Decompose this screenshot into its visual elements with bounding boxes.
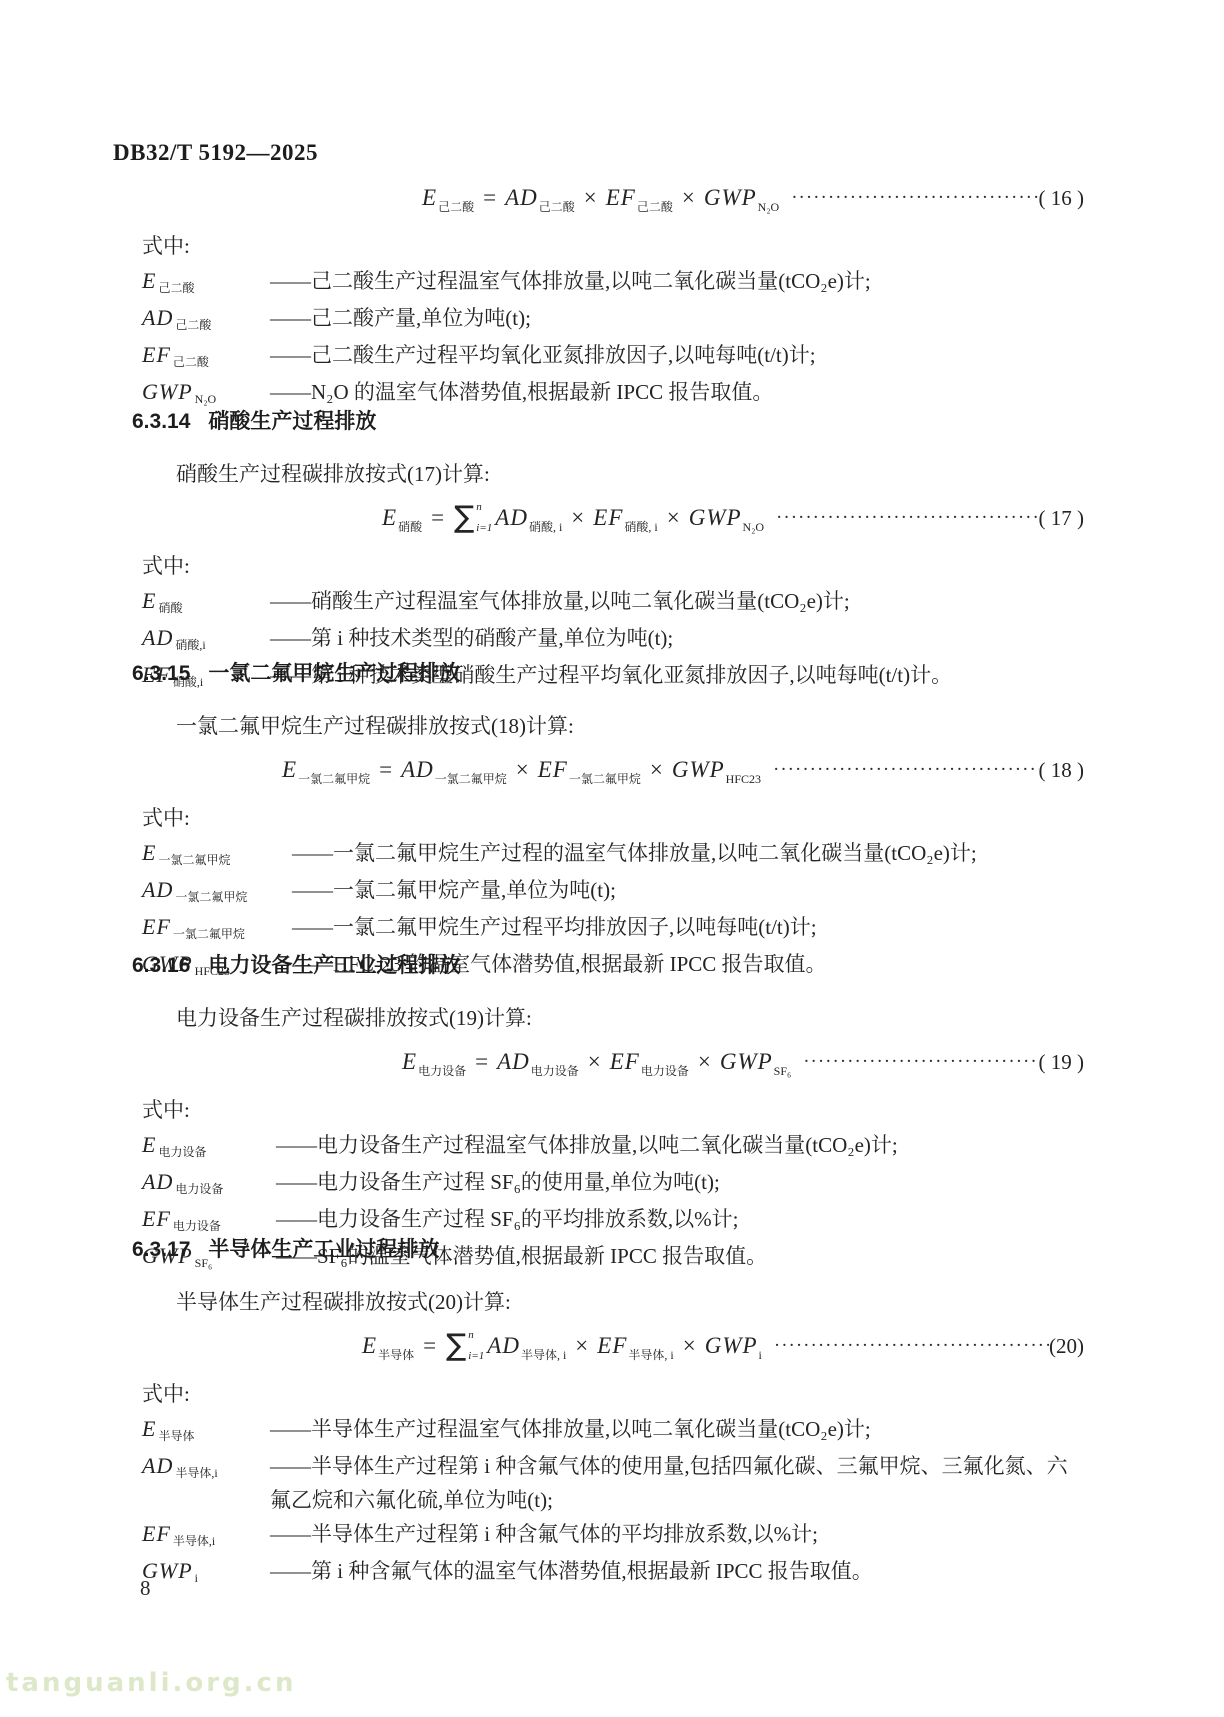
multiply-sign: × [516, 757, 529, 783]
where-label: 式中: [142, 1094, 1084, 1126]
where-label: 式中: [142, 230, 1084, 262]
term-row: AD硝酸,i ——第 i 种技术类型的硝酸产量,单位为吨(t); [142, 621, 1084, 658]
term-dash: —— [270, 380, 310, 404]
formula-var-sub: 电力设备 [641, 1062, 689, 1079]
summation: ∑ni=1 [446, 1330, 484, 1362]
term-description: ——己二酸生产过程温室气体排放量,以吨二氧化碳当量(tCO₂e)计; [270, 264, 1084, 301]
multiply-sign: × [650, 757, 663, 783]
multiply-sign: × [682, 185, 695, 211]
section-title: 硝酸生产过程排放 [208, 408, 376, 436]
formula-body: E半导体 = ∑ni=1 AD半导体, i × EF半导体, i × GWPi [362, 1330, 762, 1362]
term-dash: —— [270, 306, 310, 330]
sum-symbol: ∑ [446, 1331, 466, 1361]
term-text: 电力设备生产过程 SF₆的平均排放系数,以%计; [317, 1207, 739, 1231]
term-text: 半导体生产过程温室气体排放量,以吨二氧化碳当量(tCO₂e)计; [311, 1417, 871, 1441]
term-var-sub: N₂O [195, 392, 217, 406]
term-text: 半导体生产过程第 i 种含氟气体的使用量,包括四氟化碳、三氟甲烷、三氟化氮、六氟… [270, 1454, 1068, 1512]
term-description: ——一氯二氟甲烷生产过程的温室气体排放量,以吨二氧化碳当量(tCO₂e)计; [292, 836, 1084, 873]
term-var-sub: 一氯二氟甲烷 [158, 853, 230, 867]
section-number: 6.3.15 [132, 660, 190, 688]
term-var-base: AD [142, 877, 173, 902]
section-heading: 6.3.16 电力设备生产工业过程排放 [132, 952, 1084, 980]
term-dash: —— [276, 1207, 316, 1231]
multiply-sign: × [584, 185, 597, 211]
dot-leader: ········································… [764, 507, 1038, 529]
formula-term: GWPN₂O [704, 185, 779, 211]
term-description: ——电力设备生产过程 SF₆的平均排放系数,以%计; [276, 1202, 1084, 1239]
formula-term: EF一氯二氟甲烷 [538, 757, 641, 783]
formula-var-sub: 一氯二氟甲烷 [298, 770, 370, 787]
sum-limits: ni=1 [476, 502, 492, 534]
formula-var-base: GWP [705, 1333, 758, 1359]
section-6-3-16: 6.3.16 电力设备生产工业过程排放 电力设备生产过程碳排放按式(19)计算:… [132, 952, 1084, 1276]
term-row: E一氯二氟甲烷 ——一氯二氟甲烷生产过程的温室气体排放量,以吨二氧化碳当量(tC… [142, 836, 1084, 873]
formula-term: AD电力设备 [497, 1049, 579, 1075]
section-block-eq16: E己二酸 = AD己二酸 × EF己二酸 × GWPN₂O ··········… [132, 172, 1084, 412]
term-symbol: AD一氯二氟甲烷 [142, 873, 292, 910]
term-symbol: E硝酸 [142, 584, 270, 621]
term-text: 己二酸生产过程温室气体排放量,以吨二氧化碳当量(tCO₂e)计; [311, 269, 871, 293]
formula-var-base: AD [401, 757, 434, 783]
formula-lhs: E硝酸 [382, 505, 422, 531]
term-description: ——电力设备生产过程温室气体排放量,以吨二氧化碳当量(tCO₂e)计; [276, 1128, 1084, 1165]
term-var-sub: 电力设备 [173, 1219, 221, 1233]
equals-sign: = [423, 1333, 436, 1359]
term-var-sub: 硝酸 [158, 601, 182, 615]
term-text: 己二酸产量,单位为吨(t); [311, 306, 531, 330]
term-var-sub: 一氯二氟甲烷 [175, 890, 247, 904]
formula-var-base: AD [505, 185, 538, 211]
formula-var-base: AD [487, 1333, 520, 1359]
term-description: ——一氯二氟甲烷生产过程平均排放因子,以吨每吨(t/t)计; [292, 910, 1084, 947]
formula-20: E半导体 = ∑ni=1 AD半导体, i × EF半导体, i × GWPi … [132, 1320, 1084, 1372]
term-description: ——第 i 种含氟气体的温室气体潜势值,根据最新 IPCC 报告取值。 [270, 1554, 1084, 1591]
term-var-base: AD [142, 1169, 173, 1194]
formula-var-base: AD [495, 505, 528, 531]
term-var-base: E [142, 840, 156, 865]
equals-sign: = [483, 185, 496, 211]
multiply-sign: × [571, 505, 584, 531]
multiply-sign: × [667, 505, 680, 531]
section-title: 半导体生产工业过程排放 [208, 1236, 439, 1264]
formula-lhs: E一氯二氟甲烷 [282, 757, 370, 783]
formula-term: AD半导体, i [487, 1333, 566, 1359]
formula-var-sub: 己二酸 [539, 198, 575, 215]
term-row: AD一氯二氟甲烷 ——一氯二氟甲烷产量,单位为吨(t); [142, 873, 1084, 910]
formula-16: E己二酸 = AD己二酸 × EF己二酸 × GWPN₂O ··········… [132, 172, 1084, 224]
formula-term: AD一氯二氟甲烷 [401, 757, 507, 783]
formula-intro: 半导体生产过程碳排放按式(20)计算: [176, 1288, 1084, 1316]
section-heading: 6.3.15 一氯二氟甲烷生产过程排放 [132, 660, 1084, 688]
term-var-base: AD [142, 1453, 173, 1478]
formula-var-base: E [362, 1333, 377, 1359]
formula-var-sub: 半导体, i [628, 1346, 673, 1363]
equation-number: ( 18 ) [1039, 758, 1085, 783]
term-var-base: E [142, 268, 156, 293]
term-dash: —— [270, 343, 310, 367]
formula-lhs: E电力设备 [402, 1049, 466, 1075]
formula-var-sub: 硝酸, i [624, 518, 657, 535]
term-symbol: EF电力设备 [142, 1202, 276, 1239]
term-text: 电力设备生产过程温室气体排放量,以吨二氧化碳当量(tCO₂e)计; [317, 1133, 898, 1157]
formula-term: EF半导体, i [597, 1333, 673, 1359]
term-symbol: E电力设备 [142, 1128, 276, 1165]
section-6-3-15: 6.3.15 一氯二氟甲烷生产过程排放 一氯二氟甲烷生产过程碳排放按式(18)计… [132, 660, 1084, 984]
term-dash: —— [270, 1417, 310, 1441]
term-var-sub: 半导体,i [175, 1466, 217, 1480]
term-symbol: GWPN₂O [142, 375, 270, 412]
term-var-sub: 己二酸 [173, 355, 209, 369]
formula-var-sub: 硝酸, i [529, 518, 562, 535]
section-number: 6.3.16 [132, 952, 190, 980]
term-description: ——己二酸产量,单位为吨(t); [270, 301, 1084, 338]
term-var-sub: 半导体,i [173, 1534, 215, 1548]
section-title: 一氯二氟甲烷生产过程排放 [208, 660, 460, 688]
term-var-sub: 电力设备 [175, 1182, 223, 1196]
term-var-base: AD [142, 305, 173, 330]
sum-upper-limit: n [476, 502, 492, 513]
watermark: tanguanli.org.cn [6, 1668, 296, 1698]
formula-term: EF己二酸 [606, 185, 673, 211]
term-description: ——己二酸生产过程平均氧化亚氮排放因子,以吨每吨(t/t)计; [270, 338, 1084, 375]
term-symbol: E半导体 [142, 1412, 270, 1449]
term-var-sub: i [195, 1571, 198, 1585]
formula-body: E硝酸 = ∑ni=1 AD硝酸, i × EF硝酸, i × GWPN₂O [382, 502, 764, 534]
term-text: 硝酸生产过程温室气体排放量,以吨二氧化碳当量(tCO₂e)计; [311, 589, 850, 613]
term-symbol: EF己二酸 [142, 338, 270, 375]
term-text: 第 i 种技术类型的硝酸产量,单位为吨(t); [311, 626, 673, 650]
term-text: 电力设备生产过程 SF₆的使用量,单位为吨(t); [317, 1170, 720, 1194]
formula-var-base: AD [497, 1049, 530, 1075]
sum-lower-limit: i=1 [468, 1351, 484, 1362]
formula-var-base: GWP [672, 757, 725, 783]
formula-lhs: E己二酸 [422, 185, 474, 211]
term-var-sub: 硝酸,i [175, 638, 205, 652]
term-var-sub: 一氯二氟甲烷 [173, 927, 245, 941]
dot-leader: ········································… [791, 1051, 1038, 1073]
formula-var-sub: 己二酸 [637, 198, 673, 215]
term-description: ——半导体生产过程第 i 种含氟气体的平均排放系数,以%计; [270, 1517, 1084, 1554]
equals-sign: = [379, 757, 392, 783]
standard-number-header: DB32/T 5192—2025 [113, 140, 318, 166]
term-symbol: GWPi [142, 1554, 270, 1591]
term-var-base: EF [142, 914, 171, 939]
where-label: 式中: [142, 550, 1084, 582]
term-dash: —— [276, 1170, 316, 1194]
formula-var-base: EF [610, 1049, 640, 1075]
sum-limits: ni=1 [468, 1330, 484, 1362]
formula-body: E电力设备 = AD电力设备 × EF电力设备 × GWPSF₆ [402, 1049, 791, 1075]
term-description: ——N₂O 的温室气体潜势值,根据最新 IPCC 报告取值。 [270, 375, 1084, 412]
term-description: ——半导体生产过程第 i 种含氟气体的使用量,包括四氟化碳、三氟甲烷、三氟化氮、… [270, 1449, 1084, 1517]
formula-var-sub: SF₆ [774, 1064, 792, 1079]
formula-19: E电力设备 = AD电力设备 × EF电力设备 × GWPSF₆ ·······… [132, 1036, 1084, 1088]
formula-var-sub: 电力设备 [418, 1062, 466, 1079]
term-dash: —— [270, 1522, 310, 1546]
term-dash: —— [270, 589, 310, 613]
formula-term: GWPHFC23 [672, 757, 761, 783]
formula-18: E一氯二氟甲烷 = AD一氯二氟甲烷 × EF一氯二氟甲烷 × GWPHFC23… [132, 744, 1084, 796]
term-row: AD半导体,i ——半导体生产过程第 i 种含氟气体的使用量,包括四氟化碳、三氟… [142, 1449, 1084, 1517]
formula-term: GWPSF₆ [720, 1049, 791, 1075]
term-var-base: EF [142, 1206, 171, 1231]
term-var-sub: 电力设备 [158, 1145, 206, 1159]
dot-leader: ········································… [779, 187, 1038, 209]
term-row: GWPi ——第 i 种含氟气体的温室气体潜势值,根据最新 IPCC 报告取值。 [142, 1554, 1084, 1591]
term-dash: —— [292, 841, 332, 865]
formula-var-sub: 半导体, i [521, 1346, 566, 1363]
term-symbol: AD半导体,i [142, 1449, 270, 1517]
formula-var-sub: 半导体 [378, 1346, 414, 1363]
formula-var-base: GWP [689, 505, 742, 531]
formula-lhs: E半导体 [362, 1333, 414, 1359]
formula-17: E硝酸 = ∑ni=1 AD硝酸, i × EF硝酸, i × GWPN₂O ·… [132, 492, 1084, 544]
formula-term: EF硝酸, i [593, 505, 657, 531]
dot-leader: ········································… [762, 1335, 1049, 1357]
formula-body: E己二酸 = AD己二酸 × EF己二酸 × GWPN₂O [422, 185, 779, 211]
term-symbol: E己二酸 [142, 264, 270, 301]
formula-intro: 电力设备生产过程碳排放按式(19)计算: [176, 1004, 1084, 1032]
sum-lower-limit: i=1 [476, 523, 492, 534]
multiply-sign: × [575, 1333, 588, 1359]
term-text: 己二酸生产过程平均氧化亚氮排放因子,以吨每吨(t/t)计; [311, 343, 816, 367]
formula-intro: 一氯二氟甲烷生产过程碳排放按式(18)计算: [176, 712, 1084, 740]
term-var-sub: 己二酸 [175, 318, 211, 332]
formula-var-base: GWP [704, 185, 757, 211]
formula-var-sub: i [759, 1348, 762, 1363]
term-text: N₂O 的温室气体潜势值,根据最新 IPCC 报告取值。 [311, 380, 773, 404]
term-row: E己二酸 ——己二酸生产过程温室气体排放量,以吨二氧化碳当量(tCO₂e)计; [142, 264, 1084, 301]
term-dash: —— [276, 1133, 316, 1157]
term-text: 一氯二氟甲烷生产过程平均排放因子,以吨每吨(t/t)计; [333, 915, 817, 939]
multiply-sign: × [588, 1049, 601, 1075]
term-symbol: AD己二酸 [142, 301, 270, 338]
where-label: 式中: [142, 802, 1084, 834]
equation-number: ( 16 ) [1039, 186, 1085, 211]
term-dash: —— [270, 1559, 310, 1583]
formula-var-base: GWP [720, 1049, 773, 1075]
term-var-base: E [142, 1132, 156, 1157]
formula-var-sub: N₂O [758, 200, 780, 215]
term-symbol: EF一氯二氟甲烷 [142, 910, 292, 947]
term-description: ——硝酸生产过程温室气体排放量,以吨二氧化碳当量(tCO₂e)计; [270, 584, 1084, 621]
formula-intro: 硝酸生产过程碳排放按式(17)计算: [176, 460, 1084, 488]
term-row: EF一氯二氟甲烷 ——一氯二氟甲烷生产过程平均排放因子,以吨每吨(t/t)计; [142, 910, 1084, 947]
term-dash: —— [270, 1454, 310, 1478]
term-description: ——电力设备生产过程 SF₆的使用量,单位为吨(t); [276, 1165, 1084, 1202]
formula-var-sub: 硝酸 [398, 518, 422, 535]
formula-var-base: E [402, 1049, 417, 1075]
term-row: E电力设备 ——电力设备生产过程温室气体排放量,以吨二氧化碳当量(tCO₂e)计… [142, 1128, 1084, 1165]
term-text: 一氯二氟甲烷产量,单位为吨(t); [333, 878, 616, 902]
term-symbol: EF半导体,i [142, 1517, 270, 1554]
section-heading: 6.3.17 半导体生产工业过程排放 [132, 1236, 1084, 1264]
term-description: ——第 i 种技术类型的硝酸产量,单位为吨(t); [270, 621, 1084, 658]
term-row: GWPN₂O ——N₂O 的温室气体潜势值,根据最新 IPCC 报告取值。 [142, 375, 1084, 412]
term-description: ——一氯二氟甲烷产量,单位为吨(t); [292, 873, 1084, 910]
equals-sign: = [431, 505, 444, 531]
section-6-3-14: 6.3.14 硝酸生产过程排放 硝酸生产过程碳排放按式(17)计算: E硝酸 =… [132, 408, 1084, 695]
dot-leader: ········································… [761, 759, 1038, 781]
sum-upper-limit: n [468, 1330, 484, 1341]
term-dash: —— [292, 915, 332, 939]
equals-sign: = [475, 1049, 488, 1075]
formula-var-sub: 一氯二氟甲烷 [435, 770, 507, 787]
term-row: EF己二酸 ——己二酸生产过程平均氧化亚氮排放因子,以吨每吨(t/t)计; [142, 338, 1084, 375]
term-var-base: E [142, 1416, 156, 1441]
section-6-3-17: 6.3.17 半导体生产工业过程排放 半导体生产过程碳排放按式(20)计算: E… [132, 1236, 1084, 1591]
term-var-base: GWP [142, 379, 193, 404]
formula-var-sub: HFC23 [726, 772, 761, 787]
multiply-sign: × [698, 1049, 711, 1075]
term-var-base: EF [142, 342, 171, 367]
formula-var-sub: N₂O [743, 520, 765, 535]
term-var-sub: 半导体 [158, 1429, 194, 1443]
term-row: AD电力设备 ——电力设备生产过程 SF₆的使用量,单位为吨(t); [142, 1165, 1084, 1202]
term-dash: —— [292, 878, 332, 902]
equation-number: (20) [1049, 1334, 1084, 1359]
formula-var-sub: 电力设备 [531, 1062, 579, 1079]
formula-var-sub: 己二酸 [438, 198, 474, 215]
term-row: E硝酸 ——硝酸生产过程温室气体排放量,以吨二氧化碳当量(tCO₂e)计; [142, 584, 1084, 621]
formula-var-base: EF [606, 185, 636, 211]
term-var-base: E [142, 588, 156, 613]
term-var-base: EF [142, 1521, 171, 1546]
term-var-sub: 己二酸 [158, 281, 194, 295]
document-page: DB32/T 5192—2025 E己二酸 = AD己二酸 × EF己二酸 × … [0, 0, 1224, 1717]
formula-var-base: EF [538, 757, 568, 783]
formula-var-base: EF [593, 505, 623, 531]
section-heading: 6.3.14 硝酸生产过程排放 [132, 408, 1084, 436]
formula-term: GWPi [705, 1333, 762, 1359]
formula-term: EF电力设备 [610, 1049, 689, 1075]
formula-var-base: E [422, 185, 437, 211]
formula-body: E一氯二氟甲烷 = AD一氯二氟甲烷 × EF一氯二氟甲烷 × GWPHFC23 [282, 757, 761, 783]
term-symbol: AD电力设备 [142, 1165, 276, 1202]
equation-number: ( 17 ) [1039, 506, 1085, 531]
term-row: EF半导体,i ——半导体生产过程第 i 种含氟气体的平均排放系数,以%计; [142, 1517, 1084, 1554]
summation: ∑ni=1 [454, 502, 492, 534]
term-row: E半导体 ——半导体生产过程温室气体排放量,以吨二氧化碳当量(tCO₂e)计; [142, 1412, 1084, 1449]
term-description: ——半导体生产过程温室气体排放量,以吨二氧化碳当量(tCO₂e)计; [270, 1412, 1084, 1449]
formula-var-sub: 一氯二氟甲烷 [569, 770, 641, 787]
term-row: AD己二酸 ——己二酸产量,单位为吨(t); [142, 301, 1084, 338]
formula-var-base: E [282, 757, 297, 783]
formula-term: AD硝酸, i [495, 505, 562, 531]
formula-var-base: E [382, 505, 397, 531]
section-number: 6.3.17 [132, 1236, 190, 1264]
term-var-base: AD [142, 625, 173, 650]
formula-term: AD己二酸 [505, 185, 575, 211]
term-dash: —— [270, 269, 310, 293]
term-symbol: E一氯二氟甲烷 [142, 836, 292, 873]
term-row: EF电力设备 ——电力设备生产过程 SF₆的平均排放系数,以%计; [142, 1202, 1084, 1239]
term-text: 半导体生产过程第 i 种含氟气体的平均排放系数,以%计; [311, 1522, 818, 1546]
equation-number: ( 19 ) [1039, 1050, 1085, 1075]
sum-symbol: ∑ [454, 503, 474, 533]
term-text: 第 i 种含氟气体的温室气体潜势值,根据最新 IPCC 报告取值。 [311, 1559, 873, 1583]
section-number: 6.3.14 [132, 408, 190, 436]
formula-term: GWPN₂O [689, 505, 764, 531]
multiply-sign: × [683, 1333, 696, 1359]
formula-var-base: EF [597, 1333, 627, 1359]
term-text: 一氯二氟甲烷生产过程的温室气体排放量,以吨二氧化碳当量(tCO₂e)计; [333, 841, 977, 865]
where-label: 式中: [142, 1378, 1084, 1410]
term-dash: —— [270, 626, 310, 650]
section-title: 电力设备生产工业过程排放 [208, 952, 460, 980]
page-number: 8 [140, 1576, 151, 1601]
term-symbol: AD硝酸,i [142, 621, 270, 658]
